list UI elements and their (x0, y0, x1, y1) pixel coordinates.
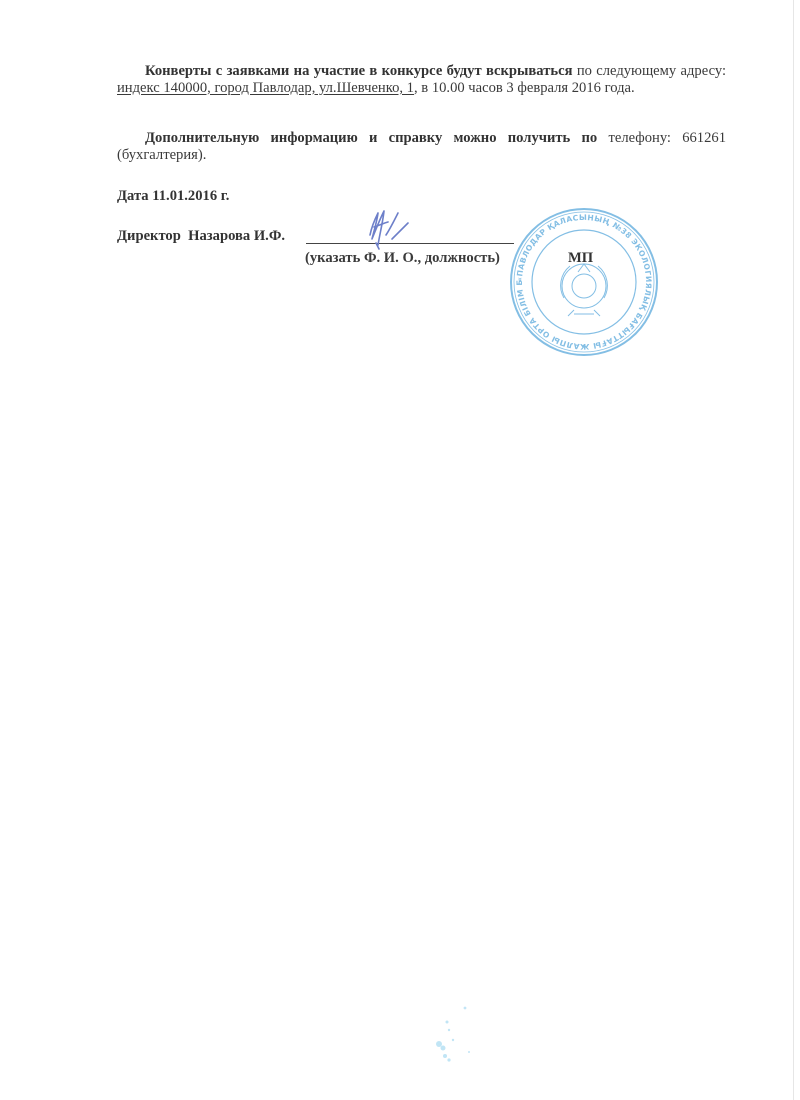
handwritten-signature (362, 205, 412, 255)
scanned-document-page: Конверты с заявками на участие в конкурс… (0, 0, 800, 1100)
envelopes-lead-text: Конверты с заявками на участие в конкурс… (145, 63, 572, 79)
official-round-stamp: «ПАВЛОДАР ҚАЛАСЫНЫҢ №38 ЭКОЛОГИЯЛЫҚ БАҒЫ… (508, 206, 660, 358)
envelopes-text-1: по следующему адресу: (572, 63, 726, 79)
scan-edge-line (793, 0, 794, 1100)
stamp-outer-text: «ПАВЛОДАР ҚАЛАСЫНЫҢ №38 ЭКОЛОГИЯЛЫҚ БАҒЫ… (508, 206, 653, 351)
faint-ink-smudge (425, 1000, 485, 1070)
document-date: Дата 11.01.2016 г. (117, 188, 229, 205)
svg-text:«ПАВЛОДАР ҚАЛАСЫНЫҢ №38 ЭКОЛОГ: «ПАВЛОДАР ҚАЛАСЫНЫҢ №38 ЭКОЛОГИЯЛЫҚ БАҒЫ… (508, 206, 653, 351)
envelopes-text-2: , в 10.00 часов 3 февраля 2016 года. (414, 80, 635, 96)
opening-address: индекс 140000, город Павлодар, ул.Шевчен… (117, 80, 414, 96)
director-name: Директор Назарова И.Ф. (117, 228, 285, 245)
seal-placeholder-label: МП (568, 250, 593, 267)
info-lead-text: Дополнительную информацию и справку можн… (145, 130, 597, 146)
envelopes-opening-paragraph: Конверты с заявками на участие в конкурс… (117, 63, 726, 96)
additional-info-paragraph: Дополнительную информацию и справку можн… (117, 130, 726, 163)
